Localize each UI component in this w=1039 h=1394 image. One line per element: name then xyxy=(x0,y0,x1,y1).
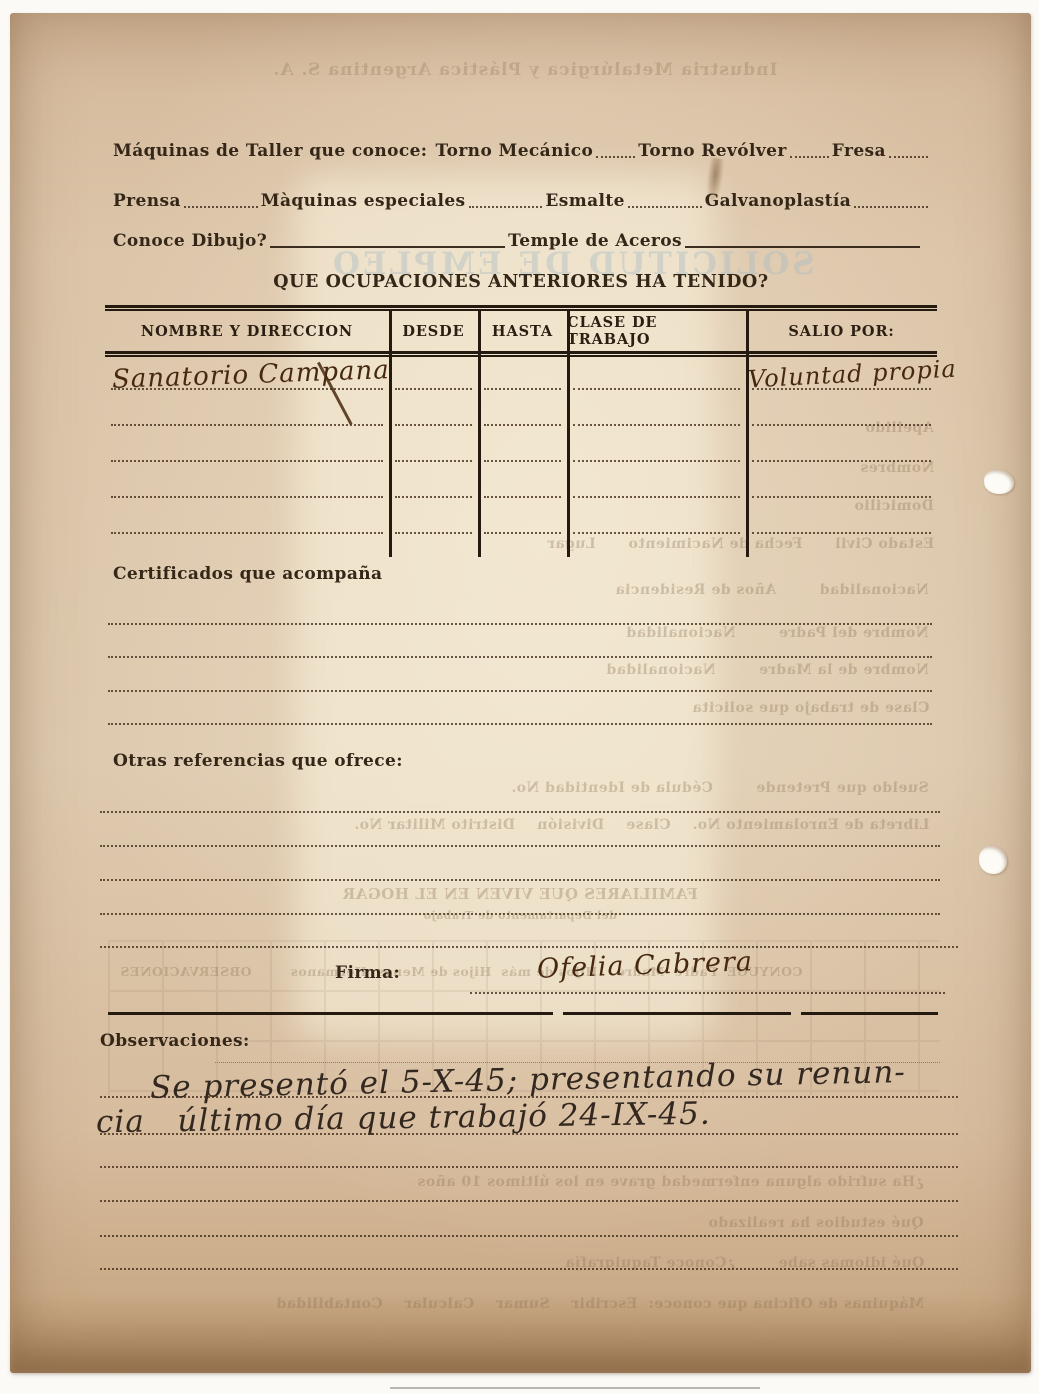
bleed-estudios: Qué estudios ha realizado xyxy=(708,1215,924,1231)
cell-dotted-rule xyxy=(484,496,561,498)
dotted-rule xyxy=(889,156,928,158)
field-esmalte: Esmalte xyxy=(545,191,624,211)
field-galvanoplastia: Galvanoplastía xyxy=(705,191,851,211)
dotted-rule xyxy=(790,156,829,158)
cell-dotted-rule xyxy=(573,496,740,498)
scanned-form-page: Industria Metalúrgica y Plástica Argenti… xyxy=(0,0,1039,1394)
cell-dotted-rule xyxy=(395,424,472,426)
cell-dotted-rule xyxy=(484,388,561,390)
dotted-rule xyxy=(628,206,702,208)
paper-damage-spot xyxy=(979,846,1007,874)
table-row xyxy=(105,465,937,501)
dotted-rule xyxy=(100,879,940,881)
dotted-rule xyxy=(108,656,932,658)
referencias-label: Otras referencias que ofrece: xyxy=(113,751,403,771)
header-nombre-direccion: NOMBRE Y DIRECCION xyxy=(105,311,389,351)
field-maquinas-especiales: Màquinas especiales xyxy=(261,191,466,211)
cell-dotted-rule xyxy=(573,460,740,462)
signature-dotted-rule xyxy=(470,992,945,994)
cell-dotted-rule xyxy=(484,424,561,426)
bleed-nacionalidad: Nacionalidad Años de Residencia xyxy=(615,582,929,598)
dotted-rule xyxy=(100,811,940,813)
cell-dotted-rule xyxy=(395,460,472,462)
header-hasta: HASTA xyxy=(478,311,567,351)
bleed-clase-trabajo: Clase de trabajo que solicita xyxy=(692,700,929,716)
field-conoce-dibujo: Conoce Dibujo? xyxy=(113,231,267,251)
firma-label: Firma: xyxy=(335,963,400,983)
bleed-nombre-madre: Nombre de la Madre Nacionalidad xyxy=(606,662,929,678)
cell-dotted-rule xyxy=(395,388,472,390)
dotted-rule xyxy=(100,1235,958,1237)
dotted-rule xyxy=(100,1166,958,1168)
field-temple-aceros: Temple de Aceros xyxy=(508,231,682,251)
dotted-rule xyxy=(469,206,543,208)
cell-dotted-rule xyxy=(395,496,472,498)
bleed-sueldo: Sueldo que Pretende Cédula de Identidad … xyxy=(511,780,929,796)
bleed-company-header: Industria Metalúrgica y Plástica Argenti… xyxy=(170,60,880,80)
dotted-rule xyxy=(100,1133,958,1135)
cell-dotted-rule xyxy=(395,532,472,534)
cell-dotted-rule xyxy=(752,460,931,462)
certificados-label: Certificados que acompaña xyxy=(113,564,382,584)
cell-dotted-rule xyxy=(573,388,740,390)
bleed-familiares-title: FAMILIARES QUE VIVEN EN EL HOGAR xyxy=(280,885,760,903)
dotted-rule xyxy=(596,156,635,158)
cell-dotted-rule xyxy=(111,532,383,534)
dotted-rule xyxy=(854,206,928,208)
bleed-nombre-padre: Nombre del Padre Nacionalidad xyxy=(626,625,929,641)
divider-line xyxy=(801,1012,938,1015)
machines-line-3: Conoce Dibujo? Temple de Aceros xyxy=(113,231,923,251)
dotted-rule xyxy=(108,723,932,725)
cell-dotted-rule xyxy=(111,460,383,462)
machines-line-2: Prensa Màquinas especiales Esmalte Galva… xyxy=(113,191,931,211)
cell-dotted-rule xyxy=(484,460,561,462)
header-salio-por: SALIO POR: xyxy=(746,311,937,351)
cell-dotted-rule xyxy=(573,424,740,426)
bleed-libreta: Libreta de Enrolamiento No. Clase Divisi… xyxy=(354,817,929,833)
cell-dotted-rule xyxy=(111,496,383,498)
field-fresa: Fresa xyxy=(832,141,886,161)
dotted-rule xyxy=(108,623,932,625)
machines-line1-label: Máquinas de Taller que conoce: xyxy=(113,141,427,161)
header-clase-trabajo: CLASE DE TRABAJO xyxy=(567,311,746,351)
scan-artifact-line xyxy=(390,1387,760,1389)
header-desde: DESDE xyxy=(389,311,478,351)
bleed-enfermedad: ¿Ha sufrido alguna enfermedad grave en l… xyxy=(417,1174,924,1190)
dotted-rule xyxy=(100,1268,958,1270)
cell-dotted-rule xyxy=(484,532,561,534)
paper-damage-spot xyxy=(984,470,1014,494)
dotted-rule xyxy=(184,206,258,208)
bleed-familiares-sub: del Departamento de Trabajo xyxy=(330,909,710,922)
observaciones-label: Observaciones: xyxy=(100,1031,250,1051)
occupations-table: NOMBRE Y DIRECCION DESDE HASTA CLASE DE … xyxy=(105,305,937,563)
solid-rule xyxy=(270,246,505,248)
cell-dotted-rule xyxy=(573,532,740,534)
solid-rule xyxy=(685,246,920,248)
table-row xyxy=(105,429,937,465)
occupations-title: QUE OCUPACIONES ANTERIORES HA TENIDO? xyxy=(105,272,937,292)
machines-line-1: Máquinas de Taller que conoce: Torno Mec… xyxy=(113,141,931,161)
field-prensa: Prensa xyxy=(113,191,181,211)
dotted-rule xyxy=(100,1200,958,1202)
table-row xyxy=(105,393,937,429)
field-torno-mecanico: Torno Mecánico xyxy=(435,141,593,161)
cell-dotted-rule xyxy=(752,424,931,426)
dotted-rule xyxy=(100,946,958,948)
dotted-rule xyxy=(108,690,932,692)
cell-dotted-rule xyxy=(752,532,931,534)
cell-dotted-rule xyxy=(111,424,383,426)
cell-dotted-rule xyxy=(752,496,931,498)
table-row xyxy=(105,501,937,537)
table-header-row: NOMBRE Y DIRECCION DESDE HASTA CLASE DE … xyxy=(105,311,937,351)
dotted-rule xyxy=(100,913,940,915)
divider-line xyxy=(563,1012,791,1015)
divider-line xyxy=(108,1012,553,1015)
paper-bottom-shadow xyxy=(12,1295,1029,1373)
dotted-rule xyxy=(100,845,940,847)
